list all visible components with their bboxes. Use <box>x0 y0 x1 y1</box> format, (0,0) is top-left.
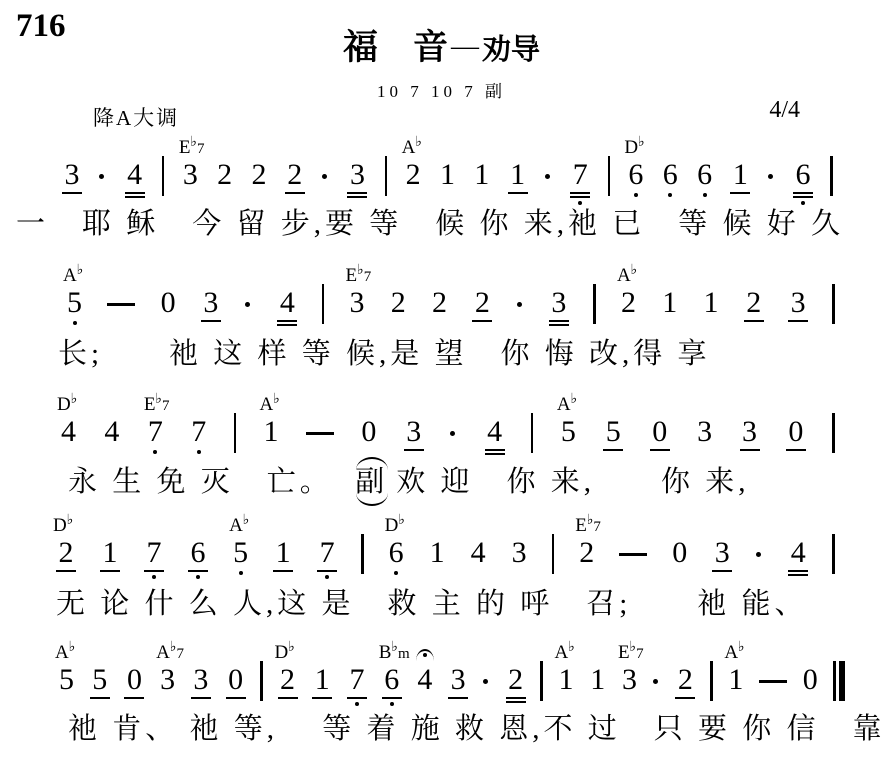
note-number: 2 <box>678 665 693 695</box>
chord-char: D <box>53 515 67 536</box>
duration-dot <box>545 160 553 179</box>
note: 0 <box>786 417 806 451</box>
note-number: 2 <box>59 538 74 568</box>
note-number: 0 <box>127 665 142 695</box>
underline <box>788 574 808 576</box>
note: 2 <box>506 665 526 703</box>
barline <box>552 534 555 574</box>
note: D♭4 <box>60 417 77 447</box>
underline <box>788 570 808 572</box>
note-number: 5 <box>67 288 82 318</box>
lyric-text: 永 生 免 灭 亡。 <box>68 466 351 498</box>
chord-label: E♭7 <box>575 514 601 535</box>
note-number: 7 <box>349 665 364 695</box>
note-number: 5 <box>59 665 74 695</box>
note: A♭1 <box>263 417 280 447</box>
underline <box>273 570 293 572</box>
underline <box>90 697 110 699</box>
duration-dot <box>99 160 107 179</box>
note: E♭73 <box>182 160 199 190</box>
note-number: 2 <box>432 288 447 318</box>
flat-icon: ♭ <box>738 640 745 655</box>
chord-char: A <box>63 265 77 286</box>
note: D♭6 <box>388 538 405 575</box>
note: 7 <box>570 160 590 205</box>
flat-icon: ♭ <box>288 640 295 655</box>
note: 6 <box>188 538 208 579</box>
chord-char: A <box>557 394 571 415</box>
note: 2 <box>216 160 233 190</box>
note: 1 <box>273 538 293 572</box>
underline <box>485 453 505 455</box>
chord-char: E <box>179 137 191 158</box>
underline <box>56 570 76 572</box>
note-number: 1 <box>733 160 748 190</box>
chord-char: 7 <box>177 646 185 662</box>
octave-dot <box>668 193 672 197</box>
flat-icon: ♭ <box>415 135 422 150</box>
chord-char: E <box>618 642 630 663</box>
underline <box>508 192 528 194</box>
lyric-line-2: 长; 祂 这 样 等 候,是 望 你 悔 改,得 享 <box>58 338 711 371</box>
note: A♭5 <box>232 538 249 575</box>
octave-dot <box>703 193 707 197</box>
note: D♭2 <box>278 665 298 699</box>
note: 3 <box>62 160 82 194</box>
flat-icon: ♭ <box>273 392 280 407</box>
title-dash: — <box>451 31 479 62</box>
underline <box>125 192 145 194</box>
barline <box>540 661 543 701</box>
note-number: 6 <box>697 160 712 190</box>
chord-label: A♭ <box>724 641 744 662</box>
note: 2 <box>675 665 695 699</box>
note: D♭2 <box>56 538 76 572</box>
note: 6 <box>662 160 679 197</box>
octave-dot <box>197 450 201 454</box>
chord-char: D <box>624 137 638 158</box>
note-number: 5 <box>561 417 576 447</box>
flat-icon: ♭ <box>638 135 645 150</box>
chord-char: 7 <box>636 646 644 662</box>
flat-icon: ♭ <box>571 392 578 407</box>
lyric-text: 一 耶 稣 今 留 步,要 等 候 你 来,祂 已 等 候 好 久 <box>16 208 844 240</box>
note: 7 <box>144 538 164 579</box>
note: 3 <box>511 538 528 568</box>
note-number: 4 <box>127 160 142 190</box>
underline <box>312 697 332 699</box>
underline <box>675 697 695 699</box>
underline <box>191 697 211 699</box>
octave-dot <box>152 575 156 579</box>
note-number: 0 <box>652 417 667 447</box>
chord-label: A♭ <box>402 136 422 157</box>
note: 1 <box>429 538 446 568</box>
note: 1 <box>730 160 750 194</box>
chord-label: A♭ <box>617 264 637 285</box>
lyric-text: 无 论 什 么 人,这 是 救 主 的 呼 召; 祂 能、 <box>56 588 808 620</box>
lyric-line-1: 一 耶 稣 今 留 步,要 等 候 你 来,祂 已 等 候 好 久 <box>16 208 844 241</box>
music-line-3: D♭44E♭777A♭1034A♭550330 <box>60 417 835 455</box>
note-number: 3 <box>715 538 730 568</box>
lyric-line-5: 祂 肯、 祂 等, 等 着 施 救 恩,不 过 只 要 你 信 靠。 <box>68 713 883 746</box>
octave-dot <box>578 201 582 205</box>
dash-line <box>759 665 787 683</box>
underline <box>317 570 337 572</box>
note-number: 1 <box>264 417 279 447</box>
note-number: 2 <box>621 288 636 318</box>
note: E♭73 <box>348 288 365 318</box>
duration-dot <box>322 160 330 179</box>
octave-dot <box>153 450 157 454</box>
hymn-sheet: 716 福 音—劝导 10 7 10 7 副 降A大调 4/4 34E♭7322… <box>0 0 883 784</box>
note: 1 <box>661 288 678 318</box>
note-number: 2 <box>579 538 594 568</box>
chord-label: A♭ <box>229 514 249 535</box>
chord-char: 7 <box>364 269 372 285</box>
duration-dot <box>245 288 253 307</box>
chord-char: A <box>260 394 274 415</box>
note: 3 <box>549 288 569 326</box>
chord-char: E <box>144 394 156 415</box>
note: 3 <box>347 160 367 198</box>
note-number: 1 <box>704 288 719 318</box>
chord-char: E <box>345 265 357 286</box>
lyric-line-4: 无 论 什 么 人,这 是 救 主 的 呼 召; 祂 能、 <box>56 588 808 621</box>
note: 2 <box>744 288 764 322</box>
note-number: 5 <box>233 538 248 568</box>
underline <box>124 697 144 699</box>
flat-icon: ♭ <box>69 640 76 655</box>
note-number: 5 <box>92 665 107 695</box>
octave-dot <box>196 575 200 579</box>
flat-icon: ♭ <box>243 513 250 528</box>
underline <box>740 449 760 451</box>
underline <box>793 192 813 194</box>
note: 5 <box>90 665 110 699</box>
music-line-1: 34E♭732223A♭21117D♭66616 <box>62 160 833 205</box>
underline <box>744 320 764 322</box>
note-number: 1 <box>315 665 330 695</box>
underline <box>786 449 806 451</box>
note: 1 <box>439 160 456 190</box>
chord-label: A♭ <box>557 393 577 414</box>
note: 3 <box>448 665 468 699</box>
note: 1 <box>508 160 528 194</box>
note: 3 <box>201 288 221 322</box>
note-number: 3 <box>193 665 208 695</box>
barline <box>832 413 835 453</box>
octave-dot <box>801 201 805 205</box>
note: E♭72 <box>578 538 595 568</box>
note: 3 <box>712 538 732 572</box>
barline <box>593 284 596 324</box>
chord-char: A <box>617 265 631 286</box>
note-number: 1 <box>728 665 743 695</box>
note-number: 3 <box>742 417 757 447</box>
chord-label: E♭7 <box>179 136 205 157</box>
music-line-5: A♭550A♭7330D♭217B♭m6432A♭11E♭732A♭10 <box>58 665 845 706</box>
chord-label: A♭ <box>63 264 83 285</box>
note-number: 2 <box>217 160 232 190</box>
chord-label: A♭7 <box>156 641 184 662</box>
underline <box>506 701 526 703</box>
note-number: 0 <box>228 665 243 695</box>
note: 0 <box>671 538 688 568</box>
barline <box>832 534 835 574</box>
underline <box>62 192 82 194</box>
note-number: 1 <box>103 538 118 568</box>
note: 0 <box>160 288 177 318</box>
note: 2 <box>431 288 448 318</box>
fermata-icon <box>416 649 434 661</box>
note-number: 6 <box>628 160 643 190</box>
underline <box>730 192 750 194</box>
page-subtitle: 劝导 <box>482 34 540 66</box>
underline <box>277 324 297 326</box>
note-number: 2 <box>406 160 421 190</box>
note: 4 <box>470 538 487 568</box>
underline <box>278 697 298 699</box>
note: 4 <box>125 160 145 198</box>
barline <box>260 661 263 701</box>
time-signature: 4/4 <box>769 97 800 124</box>
title-row: 福 音—劝导 <box>0 20 883 70</box>
note-number: 0 <box>161 288 176 318</box>
note: 1 <box>589 665 606 695</box>
underline <box>549 320 569 322</box>
note-number: 2 <box>391 288 406 318</box>
underline <box>506 697 526 699</box>
note: 4 <box>416 665 433 695</box>
chord-char: A <box>555 642 569 663</box>
chord-label: D♭ <box>624 136 644 157</box>
underline <box>793 196 813 198</box>
note-number: 4 <box>104 417 119 447</box>
note: 2 <box>285 160 305 194</box>
note-number: 1 <box>430 538 445 568</box>
note-number: 4 <box>61 417 76 447</box>
note: A♭73 <box>159 665 176 695</box>
note: E♭73 <box>621 665 638 695</box>
note: 6 <box>793 160 813 205</box>
barline <box>162 156 165 196</box>
note: 3 <box>191 665 211 699</box>
note: 7 <box>347 665 367 706</box>
underline <box>712 570 732 572</box>
underline <box>201 320 221 322</box>
note: B♭m6 <box>382 665 402 706</box>
note-number: 4 <box>791 538 806 568</box>
flat-icon: ♭ <box>398 513 405 528</box>
note-number: 7 <box>573 160 588 190</box>
note: 4 <box>103 417 120 447</box>
dash-line <box>107 288 135 306</box>
octave-dot <box>390 702 394 706</box>
note-number: 4 <box>471 538 486 568</box>
key-signature: 降A大调 <box>93 102 179 132</box>
note: 0 <box>226 665 246 699</box>
note-number: 1 <box>276 538 291 568</box>
octave-dot <box>355 702 359 706</box>
note-number: 4 <box>417 665 432 695</box>
note: 1 <box>703 288 720 318</box>
note-number: 3 <box>406 417 421 447</box>
note-number: 7 <box>148 417 163 447</box>
chord-char: 7 <box>197 141 205 157</box>
chord-label: D♭ <box>385 514 405 535</box>
barline <box>322 284 325 324</box>
final-bar-thick <box>839 661 845 701</box>
dash-line <box>619 538 647 556</box>
note-number: 1 <box>474 160 489 190</box>
note-number: 2 <box>280 665 295 695</box>
chord-label: E♭7 <box>618 641 644 662</box>
note-number: 4 <box>487 417 502 447</box>
chord-char: D <box>385 515 399 536</box>
note: 1 <box>473 160 490 190</box>
chord-char: D <box>57 394 71 415</box>
meter-text: 10 7 10 7 副 <box>0 77 883 102</box>
note: 4 <box>485 417 505 455</box>
flat-icon: ♭ <box>357 263 364 278</box>
chord-label: A♭ <box>555 641 575 662</box>
lyric-text: 祂 肯、 祂 等, 等 着 施 救 恩,不 过 只 要 你 信 靠。 <box>68 713 883 745</box>
note-number: 3 <box>65 160 80 190</box>
note: 2 <box>390 288 407 318</box>
music-line-2: A♭5034E♭732223A♭21123 <box>66 288 835 326</box>
barline <box>710 661 713 701</box>
note-number: 2 <box>475 288 490 318</box>
page-title: 福 音 <box>343 28 448 67</box>
octave-dot <box>325 575 329 579</box>
note-number: 3 <box>160 665 175 695</box>
note-number: 3 <box>551 288 566 318</box>
flat-icon: ♭ <box>67 513 74 528</box>
note: 3 <box>788 288 808 322</box>
barline <box>234 413 237 453</box>
note-number: 2 <box>251 160 266 190</box>
underline <box>603 449 623 451</box>
note-number: 1 <box>510 160 525 190</box>
barline <box>531 413 534 453</box>
underline <box>226 697 246 699</box>
chord-char: E <box>575 515 587 536</box>
note-number: 1 <box>440 160 455 190</box>
underline <box>285 192 305 194</box>
chord-char: B <box>379 642 392 663</box>
chord-char: A <box>402 137 416 158</box>
note: 7 <box>190 417 207 454</box>
duration-dot <box>517 288 525 307</box>
note: 4 <box>788 538 808 576</box>
note: 0 <box>802 665 819 695</box>
note-number: 3 <box>203 288 218 318</box>
note: 2 <box>472 288 492 322</box>
octave-dot <box>394 571 398 575</box>
lyric-text: 欢 迎 你 来, 你 来, <box>396 466 749 498</box>
octave-dot <box>239 571 243 575</box>
note: E♭77 <box>147 417 164 454</box>
note-number: 7 <box>320 538 335 568</box>
note-number: 6 <box>384 665 399 695</box>
note-number: 3 <box>350 160 365 190</box>
note: 0 <box>360 417 377 447</box>
barline <box>830 156 833 196</box>
note: 5 <box>603 417 623 451</box>
note: A♭2 <box>620 288 637 318</box>
barline <box>361 534 364 574</box>
note: A♭1 <box>558 665 575 695</box>
note: 4 <box>277 288 297 326</box>
underline <box>347 196 367 198</box>
note: A♭5 <box>560 417 577 447</box>
note: 6 <box>696 160 713 197</box>
note-number: 3 <box>349 288 364 318</box>
underline <box>549 324 569 326</box>
underline <box>125 196 145 198</box>
final-bar-thin <box>833 661 836 701</box>
note-number: 4 <box>280 288 295 318</box>
note: 3 <box>696 417 713 447</box>
underline <box>485 449 505 451</box>
note-number: 6 <box>191 538 206 568</box>
note-number: 3 <box>622 665 637 695</box>
underline <box>404 449 424 451</box>
note-number: 6 <box>389 538 404 568</box>
underline <box>650 449 670 451</box>
note: D♭6 <box>627 160 644 197</box>
chord-label: E♭7 <box>144 393 170 414</box>
barline <box>385 156 388 196</box>
underline <box>448 697 468 699</box>
underline <box>347 192 367 194</box>
flat-icon: ♭ <box>631 263 638 278</box>
duration-dot <box>756 538 764 557</box>
flat-icon: ♭ <box>568 640 575 655</box>
flat-icon: ♭ <box>391 640 398 655</box>
duration-dot <box>483 665 491 684</box>
note: 3 <box>740 417 760 451</box>
note-number: 6 <box>796 160 811 190</box>
chord-label: A♭ <box>55 641 75 662</box>
underline <box>347 697 367 699</box>
chord-char: 7 <box>593 519 601 535</box>
note-number: 2 <box>508 665 523 695</box>
note-number: 1 <box>559 665 574 695</box>
note-number: 0 <box>672 538 687 568</box>
underline <box>570 192 590 194</box>
note: 0 <box>650 417 670 451</box>
chord-label: E♭7 <box>345 264 371 285</box>
note: A♭5 <box>66 288 83 325</box>
underline <box>382 697 402 699</box>
chord-char: D <box>275 642 289 663</box>
note: A♭2 <box>405 160 422 190</box>
chord-char: m <box>398 646 410 662</box>
note-number: 5 <box>606 417 621 447</box>
chord-label: D♭ <box>57 393 77 414</box>
note-number: 3 <box>791 288 806 318</box>
note-number: 7 <box>191 417 206 447</box>
note-number: 3 <box>512 538 527 568</box>
duration-dot <box>768 160 776 179</box>
octave-dot <box>73 321 77 325</box>
barline <box>608 156 611 196</box>
note: 3 <box>404 417 424 451</box>
chord-label: B♭m <box>379 641 410 662</box>
flat-icon: ♭ <box>77 263 84 278</box>
